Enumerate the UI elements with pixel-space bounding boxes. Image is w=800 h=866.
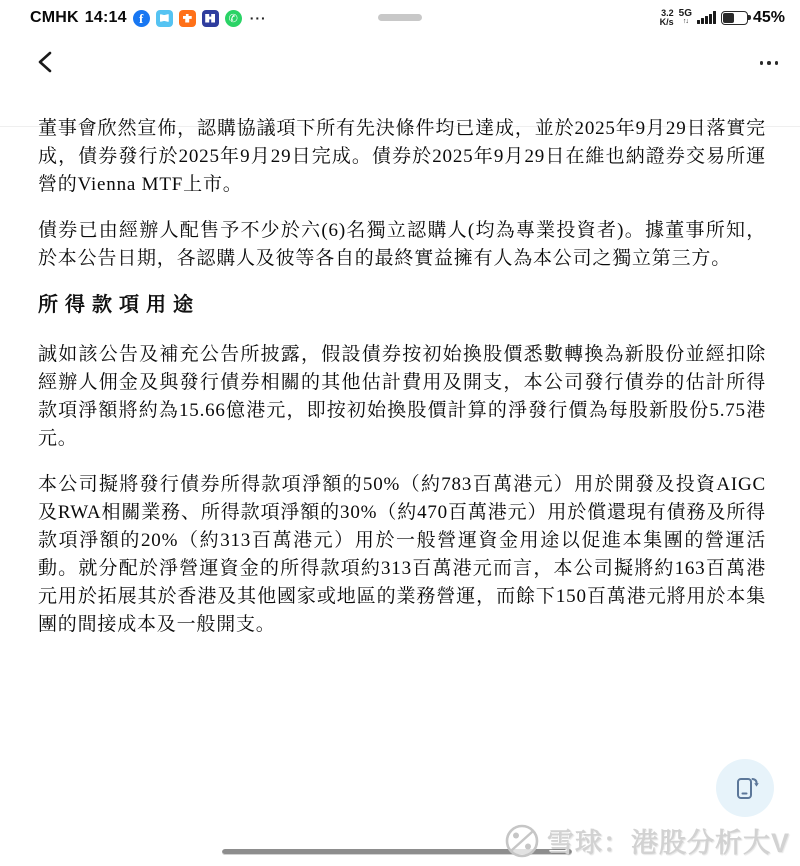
network-type-label: 5G (679, 10, 692, 18)
carrier-label: CMHK (30, 9, 79, 27)
document-content: 董事會欣然宣佈，認購協議項下所有先決條件均已達成，並於2025年9月29日落實完… (38, 93, 766, 657)
more-notifications-icon: ··· (250, 10, 267, 26)
paragraph-net-proceeds: 誠如該公告及補充公告所披露，假設債券按初始換股價悉數轉換為新股份並經扣除經辦人佣… (38, 341, 766, 453)
navy-app-icon (202, 10, 219, 27)
chevron-left-icon (35, 50, 59, 74)
xueqiu-snowball-logo-icon (503, 822, 541, 860)
orange-app-icon (179, 10, 196, 27)
rotate-screen-button[interactable] (716, 759, 774, 817)
network-speed-unit: K/s (660, 18, 674, 27)
rotate-phone-icon (729, 772, 761, 804)
up-down-arrows-icon: ↑↓ (683, 18, 688, 26)
network-type-indicator: 5G ↑↓ (679, 10, 692, 26)
dot (760, 61, 764, 65)
status-bar-right: 3.2 K/s 5G ↑↓ 45% (660, 5, 785, 30)
camera-notch-pill (378, 14, 422, 21)
more-options-button[interactable] (754, 50, 784, 76)
signal-strength-icon (697, 11, 716, 24)
dot (767, 61, 771, 65)
network-speed: 3.2 K/s (660, 9, 674, 27)
xueqiu-watermark: 雪球：港股分析大V (503, 821, 790, 860)
nav-bar (0, 34, 800, 92)
paragraph-placement: 債券已由經辦人配售予不少於六(6)名獨立認購人(均為專業投資者)。據董事所知，於… (38, 217, 766, 273)
reader-app-icon (156, 10, 173, 27)
status-bar-left: CMHK 14:14 ··· (30, 6, 267, 30)
dot (775, 61, 779, 65)
phone-screen: CMHK 14:14 ··· 3.2 K/s 5G ↑↓ (0, 0, 800, 866)
status-clock: 14:14 (85, 9, 127, 27)
battery-percent-label: 45% (753, 9, 785, 27)
battery-icon (721, 11, 748, 25)
battery-level-fill (723, 13, 734, 23)
paragraph-allocation: 本公司擬將發行債券所得款項淨額的50%（約783百萬港元）用於開發及投資AIGC… (38, 471, 766, 639)
facebook-icon (133, 10, 150, 27)
back-button[interactable] (34, 50, 60, 76)
whatsapp-icon (225, 10, 242, 27)
paragraph-completion: 董事會欣然宣佈，認購協議項下所有先決條件均已達成，並於2025年9月29日落實完… (38, 115, 766, 199)
section-heading-use-of-proceeds: 所得款項用途 (38, 291, 766, 319)
watermark-text: 雪球：港股分析大V (547, 821, 790, 860)
status-bar: CMHK 14:14 ··· 3.2 K/s 5G ↑↓ (0, 0, 800, 34)
